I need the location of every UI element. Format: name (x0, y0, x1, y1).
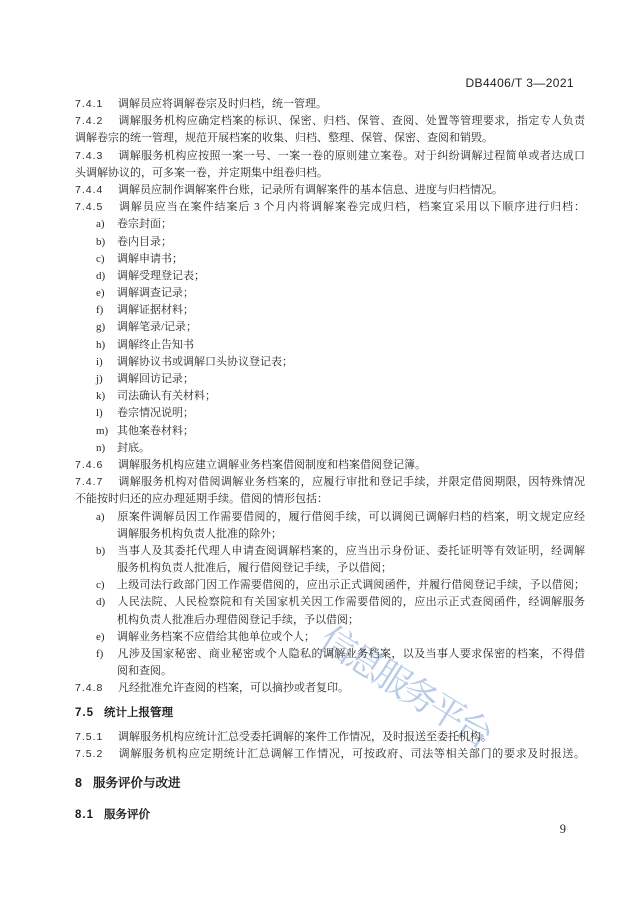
item-letter: m) (96, 423, 117, 440)
item-letter: h) (96, 337, 117, 354)
clause-line: 调解卷宗的统一管理，规范开展档案的收集、归档、整理、保管、保密、查阅和销毁。 (75, 130, 585, 147)
list-item-line: a)原案件调解员因工作需要借阅的，履行借阅手续，可以调阅已调解归档的档案，明文规… (96, 509, 585, 526)
heading-text: 服务评价与改进 (93, 776, 181, 790)
item-letter: l) (96, 405, 117, 422)
clause-number: 7.5.1 (75, 729, 118, 746)
list-item-line: d)人民法院、人民检察院和有关国家机关因工作需要借阅的，应出示正式查阅函件，经调… (96, 594, 585, 611)
clause-number: 7.4.5 (75, 199, 118, 216)
list-item-line: n)封底。 (96, 440, 585, 457)
section-heading: 8服务评价与改进 (75, 775, 585, 792)
item-letter: i) (96, 354, 117, 371)
list-item-line: d)调解受理登记表； (96, 268, 585, 285)
item-letter: d) (96, 594, 117, 611)
item-letter: b) (96, 234, 117, 251)
clause-number: 7.4.1 (75, 96, 118, 113)
standard-code: DB4406/T 3—2021 (465, 76, 574, 90)
clause-line: 7.4.8凡经批准允许查阅的档案，可以摘抄或者复印。 (75, 680, 585, 697)
list-item-line: g)调解笔录/记录； (96, 319, 585, 336)
section-heading: 7.5统计上报管理 (75, 705, 585, 722)
list-item-line: b)当事人及其委托代理人申请查阅调解档案的，应当出示身份证、委托证明等有效证明，… (96, 543, 585, 560)
clause-line: 7.4.1调解员应将调解卷宗及时归档，统一管理。 (75, 96, 585, 113)
item-letter: j) (96, 371, 117, 388)
clause-line: 7.5.2调解服务机构应定期统计汇总调解工作情况，可按政府、司法等相关部门的要求… (75, 746, 585, 763)
heading-text: 服务评价 (104, 809, 150, 821)
list-item-line: m)其他案卷材料； (96, 423, 585, 440)
list-item-line: j)调解回访记录； (96, 371, 585, 388)
item-letter: c) (96, 251, 117, 268)
heading-number: 8 (75, 775, 83, 792)
item-letter: n) (96, 440, 117, 457)
heading-number: 8.1 (75, 807, 94, 824)
clause-line: 7.4.3调解服务机构应按照一案一号、一案一卷的原则建立案卷。对于纠纷调解过程简… (75, 148, 585, 165)
list-item-line: f)调解证据材料； (96, 302, 585, 319)
heading-text: 统计上报管理 (104, 707, 173, 719)
list-item-line: e)调解调查记录； (96, 285, 585, 302)
document-content: 7.4.1调解员应将调解卷宗及时归档，统一管理。7.4.2调解服务机构应确定档案… (75, 96, 585, 832)
clause-line: 头调解协议的，可多案一卷，并定期集中组卷归档。 (75, 165, 585, 182)
document-page: DB4406/T 3—2021 信息服务平台 7.4.1调解员应将调解卷宗及时归… (0, 0, 636, 900)
list-item-line: 机构负责人批准后办理借阅登记手续，予以借阅； (117, 612, 585, 629)
item-letter: e) (96, 285, 117, 302)
list-item-line: b)卷内目录； (96, 234, 585, 251)
item-letter: d) (96, 268, 117, 285)
item-letter: c) (96, 577, 117, 594)
item-letter: e) (96, 629, 117, 646)
clause-line: 7.4.4调解员应制作调解案件台账，记录所有调解案件的基本信息、进度与归档情况。 (75, 182, 585, 199)
list-item-line: 服务机构负责人批准后，履行借阅登记手续，予以借阅； (117, 560, 585, 577)
list-item-line: i)调解协议书或调解口头协议登记表； (96, 354, 585, 371)
list-item-line: 调解服务机构负责人批准的除外； (117, 526, 585, 543)
clause-number: 7.4.8 (75, 680, 118, 697)
item-letter: f) (96, 302, 117, 319)
list-item-line: e)调解业务档案不应借给其他单位或个人； (96, 629, 585, 646)
heading-number: 7.5 (75, 705, 94, 722)
list-item-line: c)调解申请书； (96, 251, 585, 268)
item-letter: a) (96, 216, 117, 233)
clause-line: 不能按时归还的应办理延期手续。借阅的情形包括： (75, 491, 585, 508)
section-heading: 8.1服务评价 (75, 807, 585, 824)
clause-line: 7.4.5调解员应当在案件结案后 3 个月内将调解案卷完成归档，档案宜采用以下顺… (75, 199, 585, 216)
list-item-line: c)上级司法行政部门因工作需要借阅的，应出示正式调阅函件，并履行借阅登记手续，予… (96, 577, 585, 594)
item-letter: a) (96, 509, 117, 526)
item-letter: f) (96, 646, 117, 663)
clause-line: 7.4.6调解服务机构应建立调解业务档案借阅制度和档案借阅登记簿。 (75, 457, 585, 474)
item-letter: g) (96, 319, 117, 336)
list-item-line: f)凡涉及国家秘密、商业秘密或个人隐私的调解业务档案，以及当事人要求保密的档案，… (96, 646, 585, 663)
list-item-line: a)卷宗封面； (96, 216, 585, 233)
item-letter: k) (96, 388, 117, 405)
clause-line: 7.4.7调解服务机构对借阅调解业务档案的，应履行审批和登记手续，并限定借阅期限… (75, 474, 585, 491)
list-item-line: k)司法确认有关材料； (96, 388, 585, 405)
clause-line: 7.5.1调解服务机构应统计汇总受委托调解的案件工作情况，及时报送至委托机构。 (75, 729, 585, 746)
list-item-line: 阅和查阅。 (117, 663, 585, 680)
clause-number: 7.5.2 (75, 746, 118, 763)
clause-number: 7.4.6 (75, 457, 118, 474)
list-item-line: h)调解终止告知书 (96, 337, 585, 354)
clause-line: 7.4.2调解服务机构应确定档案的标识、保密、归档、保管、查阅、处置等管理要求，… (75, 113, 585, 130)
clause-number: 7.4.4 (75, 182, 118, 199)
clause-number: 7.4.2 (75, 113, 118, 130)
item-letter: b) (96, 543, 117, 560)
clause-number: 7.4.7 (75, 474, 118, 491)
clause-number: 7.4.3 (75, 148, 118, 165)
list-item-line: l)卷宗情况说明； (96, 405, 585, 422)
